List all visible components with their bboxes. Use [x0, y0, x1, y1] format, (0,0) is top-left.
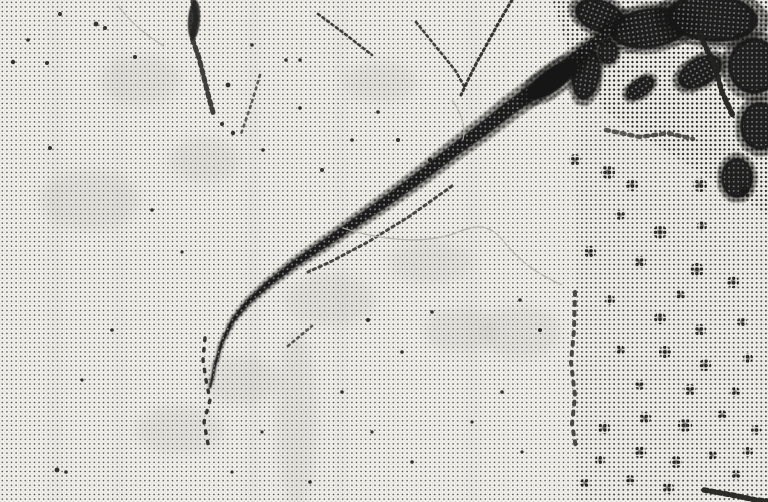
halftone-photograph	[0, 0, 768, 502]
halftone-image-canvas	[0, 0, 768, 502]
